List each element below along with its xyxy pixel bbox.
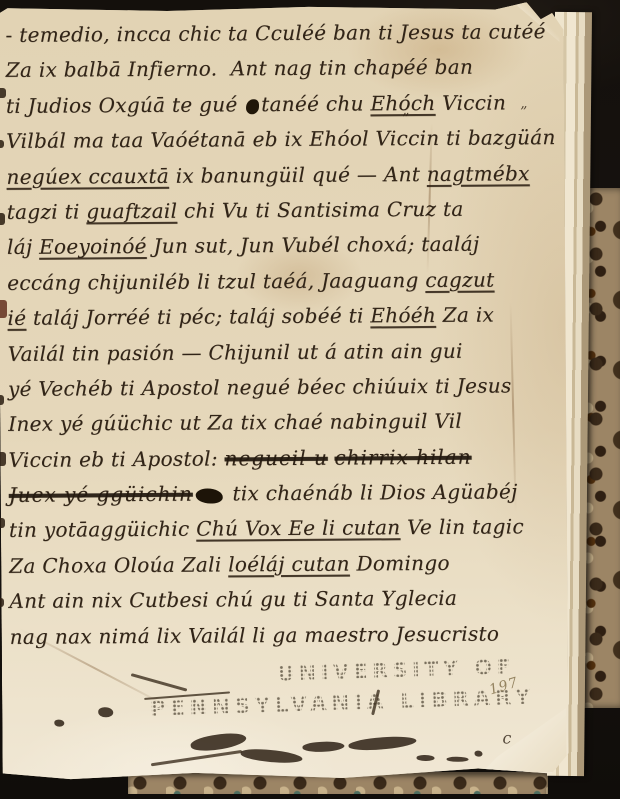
manuscript-line: tin yotāaggüichic Chú Vox Ee li cutan Ve… — [9, 510, 561, 549]
manuscript-line: Juex yé ggüichin tix chaénáb li Dios Agü… — [9, 474, 561, 513]
edge-mark — [0, 395, 4, 405]
text-segment: ti Judios Oxgúā te gué — [6, 92, 244, 118]
book-scan: - temedio, incca chic ta Cculéé ban ti J… — [0, 0, 620, 799]
manuscript-line: Inex yé gúüchic ut Za tix chaé nabinguil… — [8, 403, 560, 442]
edge-mark — [0, 300, 7, 318]
manuscript-line: láj Eoeyoinóé Jun sut, Jun Vubél choxá; … — [7, 226, 559, 265]
text-segment: Domingo — [350, 551, 450, 576]
text-segment: Vailál tin pasión — Chijunil ut á atin a… — [8, 338, 463, 365]
manuscript-text: - temedio, incca chic ta Cculéé ban ti J… — [5, 14, 561, 655]
text-segment: guaftzail — [86, 199, 177, 224]
ink-smudge — [151, 750, 242, 766]
manuscript-line: tagzi ti guaftzail chi Vu ti Santisima C… — [7, 191, 559, 230]
edge-mark — [0, 518, 5, 528]
text-segment: tix chaénáb li Dios Agüabéj — [226, 479, 518, 505]
edge-mark — [0, 140, 4, 148]
edge-mark — [0, 598, 4, 607]
text-segment: negueil u — [224, 445, 327, 470]
text-segment: Viccin — [435, 90, 506, 114]
ink-blot — [196, 489, 223, 504]
text-segment: nagtmébx — [427, 161, 530, 186]
ink-smudge — [348, 734, 417, 752]
text-segment: láj — [7, 235, 39, 259]
ink-blot — [246, 99, 259, 114]
ink-smudge — [417, 755, 435, 761]
text-segment: Za ix — [436, 303, 494, 327]
text-segment: Eoeyoinóé — [39, 234, 147, 259]
text-segment: Za ix balbā Infierno. Ant nag tin chapéé… — [6, 55, 473, 82]
text-segment: chirrix hilan — [334, 444, 471, 469]
ink-smudge — [447, 757, 469, 762]
manuscript-line: Za ix balbā Infierno. Ant nag tin chapéé… — [6, 49, 558, 88]
manuscript-page: - temedio, incca chic ta Cculéé ban ti J… — [0, 2, 569, 782]
manuscript-line: eccáng chijuniléb li tzul taéá, Jaaguang… — [7, 262, 559, 301]
text-segment: Inex yé gúüchic ut Za tix chaé nabinguil… — [8, 409, 462, 436]
text-segment: eccáng chijuniléb li tzul taéá, Jaaguang — [7, 268, 425, 295]
text-segment: negúex ccauxtā — [6, 163, 169, 188]
manuscript-line: Viccin eb ti Apostol: negueil u chirrix … — [8, 439, 560, 478]
manuscript-line: ié taláj Jorréé ti péc; taláj sobéé ti E… — [7, 297, 559, 336]
text-segment: nag nax nimá lix Vailál li ga maestro Je… — [10, 621, 500, 648]
manuscript-line: yé Vechéb ti Apostol negué béec chiúuix … — [8, 368, 560, 407]
text-segment: ix banungüil qué — Ant — [169, 162, 427, 188]
pen-tick-mark: ” — [520, 104, 527, 120]
text-segment: tanéé chu — [261, 91, 370, 116]
ink-smudge — [475, 751, 483, 757]
manuscript-line: Ant ain nix Cutbesi chú gu ti Santa Ygle… — [9, 580, 561, 619]
ink-smudge: c — [502, 728, 511, 747]
ink-smudge — [302, 740, 345, 752]
manuscript-line: - temedio, incca chic ta Cculéé ban ti J… — [5, 14, 557, 53]
edge-mark — [0, 452, 6, 466]
manuscript-line: negúex ccauxtā ix banungüil qué — Ant na… — [6, 156, 558, 195]
edge-mark — [0, 88, 6, 98]
text-segment: Za Choxa Oloúa Zali — [9, 552, 228, 578]
text-segment: Viccin eb ti Apostol: — [8, 446, 224, 472]
edge-mark — [0, 213, 5, 225]
pen-tick-mark: ” — [402, 111, 409, 127]
text-segment: Ant ain nix Cutbesi chú gu ti Santa Ygle… — [9, 586, 457, 613]
page-corner-fold-bottom-right — [474, 708, 566, 773]
text-segment: Juex yé ggüichin — [9, 482, 193, 507]
text-segment: Ve lin tagic — [400, 515, 524, 540]
manuscript-line: nag nax nimá lix Vailál li ga maestro Je… — [10, 616, 562, 655]
text-segment: Jun sut, Jun Vubél choxá; taaláj — [147, 232, 480, 258]
manuscript-line: Vailál tin pasión — Chijunil ut á atin a… — [8, 333, 560, 372]
text-segment: - temedio, incca chic ta Cculéé ban ti J… — [5, 19, 545, 47]
text-segment: chi Vu ti Santisima Cruz ta — [177, 197, 463, 223]
text-segment: cagzut — [425, 267, 494, 291]
manuscript-line: ti Judios Oxgúā te gué tanéé chu Ehóch V… — [6, 85, 558, 124]
manuscript-line: Vilbál ma taa Vaóétanā eb ix Ehóol Vicci… — [6, 120, 558, 159]
ink-smudge — [98, 707, 113, 717]
marbled-cover-edge-right — [584, 188, 620, 708]
text-segment: Vilbál ma taa Vaóétanā eb ix Ehóol Vicci… — [6, 125, 556, 153]
text-segment: Ehóéh — [370, 303, 436, 327]
manuscript-line: Za Choxa Oloúa Zali loéláj cutan Domingo — [9, 545, 561, 584]
text-segment: yé Vechéb ti Apostol negué béec chiúuix … — [8, 373, 512, 401]
ink-smudge — [240, 748, 303, 765]
text-segment: ié — [7, 306, 26, 330]
text-segment: Chú Vox Ee li cutan — [196, 516, 400, 541]
text-segment: taláj Jorréé ti péc; taláj sobéé ti — [26, 304, 370, 330]
text-segment: tagzi ti — [7, 199, 87, 224]
text-segment: tin yotāaggüichic — [9, 517, 196, 542]
text-segment: loéláj cutan — [228, 551, 350, 576]
ink-smudge — [54, 720, 64, 727]
